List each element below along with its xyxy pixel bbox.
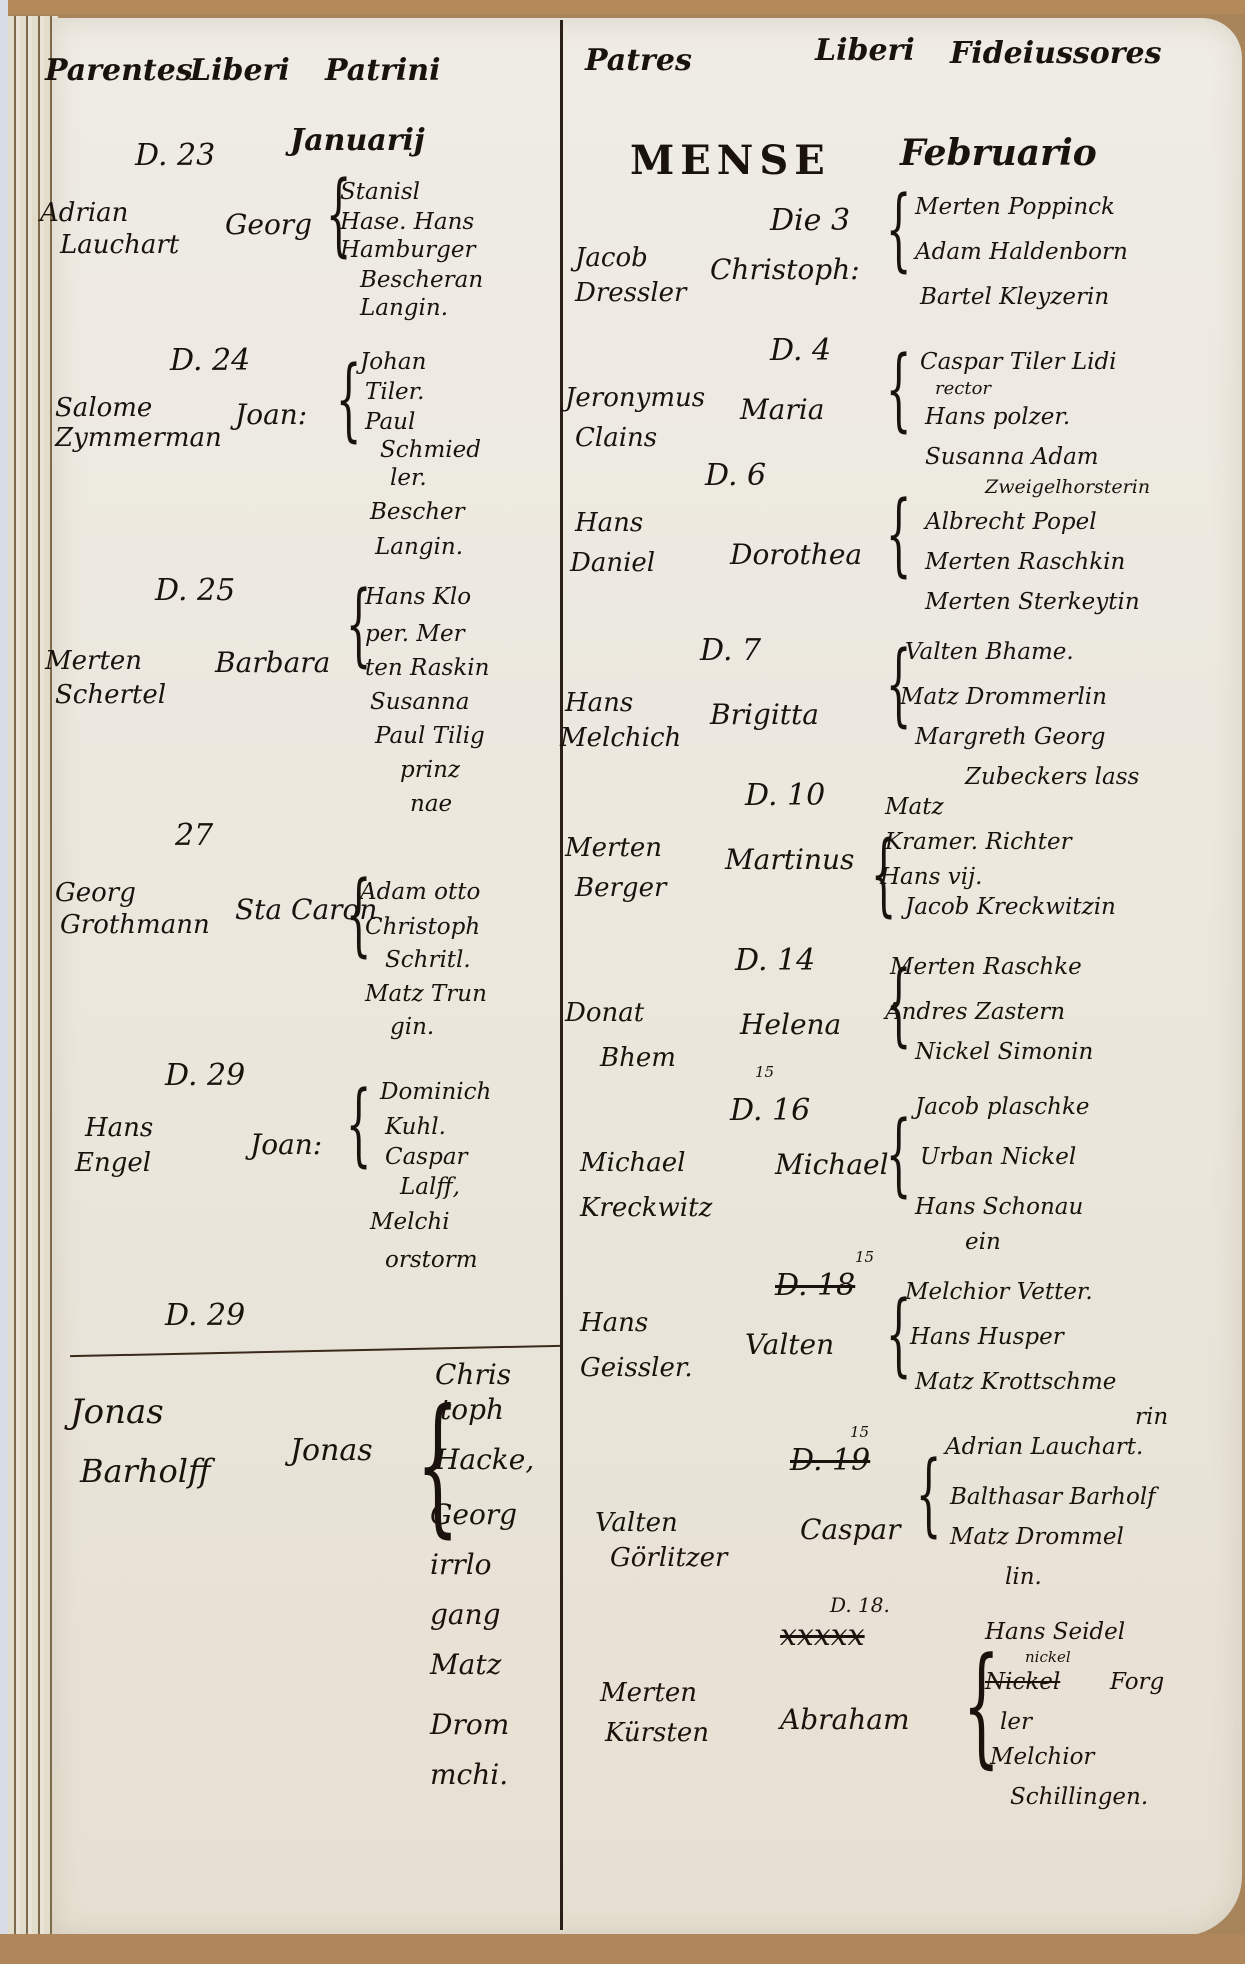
- child-name: Maria: [740, 395, 824, 424]
- parent-surname: Schertel: [55, 682, 166, 709]
- godparent: Tiler.: [365, 380, 424, 404]
- godparent: Hans polzer.: [925, 405, 1070, 429]
- godparent: Susanna: [370, 690, 469, 714]
- godparent: Melchi: [370, 1210, 450, 1234]
- godparent: Bescher: [370, 500, 465, 524]
- entry-date: Die 3: [770, 205, 850, 237]
- month-prefix: MENSE: [630, 140, 831, 182]
- godparent: nae: [410, 792, 452, 816]
- child-name: Dorothea: [730, 540, 862, 569]
- godparent: Paul Tilig: [375, 724, 485, 748]
- godparent: Forg: [1110, 1670, 1164, 1694]
- godparent: Langin.: [360, 296, 448, 320]
- godparent: Hans Seidel: [985, 1620, 1125, 1644]
- godparent: Langin.: [375, 535, 463, 559]
- godparent: Balthasar Barholf: [950, 1485, 1156, 1509]
- parent-name: Valten: [595, 1510, 678, 1537]
- header-parents: Parentes: [45, 55, 193, 87]
- entry-date: D. 14: [735, 945, 815, 977]
- entry-date: D. 16: [730, 1095, 810, 1127]
- godparent: Merten Poppinck: [915, 195, 1115, 219]
- parent-surname: Engel: [75, 1150, 151, 1177]
- entry-date-struck: xxxxx: [780, 1620, 865, 1652]
- child-name: Christoph:: [710, 255, 860, 284]
- godparent: Nickel: [985, 1670, 1060, 1694]
- parent-name: Merten: [45, 648, 142, 675]
- brace-icon: {: [886, 1110, 912, 1200]
- child-name: Martinus: [725, 845, 854, 874]
- child-name: Abraham: [780, 1705, 910, 1734]
- godparent: Matz Krottschme: [915, 1370, 1116, 1394]
- godparent: Matz: [430, 1650, 501, 1679]
- brace-icon: {: [886, 345, 912, 435]
- godparent: Hans Schonau: [915, 1195, 1083, 1219]
- entry-date: D. 6: [705, 460, 766, 492]
- entry-date: D. 7: [700, 635, 761, 667]
- godparent: ler.: [390, 466, 427, 490]
- godparent: per. Mer: [365, 622, 465, 646]
- godparent: Drom: [430, 1710, 509, 1739]
- godparent: gin.: [390, 1015, 434, 1039]
- godparent: Caspar Tiler Lidi: [920, 350, 1117, 374]
- parent-surname: Kürsten: [605, 1720, 709, 1747]
- entry-date: D. 19: [790, 1445, 870, 1477]
- child-name: Jonas: [290, 1435, 373, 1467]
- godparent: Andres Zastern: [885, 1000, 1065, 1024]
- parent-name: Salome: [55, 395, 152, 422]
- date-correction: D. 18.: [830, 1595, 890, 1616]
- godparent: Melchior Vetter.: [905, 1280, 1093, 1304]
- godparent: Jacob Kreckwitzin: [905, 895, 1116, 919]
- entry-date: D. 24: [170, 345, 250, 377]
- parent-surname: Clains: [575, 425, 657, 452]
- child-name: Brigitta: [710, 700, 819, 729]
- child-name: Georg: [225, 210, 312, 239]
- godparent: Hans Klo: [365, 585, 471, 609]
- parent-surname: Zymmerman: [55, 425, 222, 452]
- parent-name: Hans: [85, 1115, 153, 1142]
- godparent: Merten Sterkeytin: [925, 590, 1140, 614]
- date-correction: 15: [855, 1250, 874, 1266]
- godparent: irrlo: [430, 1550, 492, 1579]
- godparent: Caspar: [385, 1145, 468, 1169]
- godparent: Adam otto: [360, 880, 480, 904]
- header-parents: Patres: [585, 45, 692, 77]
- godparent: Adam Haldenborn: [915, 240, 1128, 264]
- parent-name: Donat: [560, 1000, 644, 1027]
- godparent: Margreth Georg: [915, 725, 1106, 749]
- godparent: ten Raskin: [365, 656, 489, 680]
- godparent: Matz Drommerlin: [900, 685, 1107, 709]
- date-correction: 15: [755, 1065, 774, 1081]
- godparent: orstorm: [385, 1248, 478, 1272]
- brace-icon: {: [346, 1080, 372, 1170]
- godparent: rin: [1135, 1405, 1168, 1429]
- godparent: Hase. Hans: [340, 210, 474, 234]
- entry-date: D. 4: [770, 335, 831, 367]
- godparent: rector: [935, 380, 991, 399]
- godparent: Susanna Adam: [925, 445, 1099, 469]
- godparent: Hans Husper: [910, 1325, 1064, 1349]
- brace-icon: {: [916, 1450, 942, 1540]
- brace-icon: {: [886, 490, 912, 580]
- date-correction: 15: [850, 1425, 869, 1441]
- godparent: Matz: [885, 795, 944, 819]
- header-children: Liberi: [190, 55, 290, 87]
- godparent: Georg: [430, 1500, 517, 1529]
- brace-icon: {: [886, 185, 912, 275]
- header-godparents: Fideiussores: [950, 38, 1162, 70]
- parent-surname: Grothmann: [60, 912, 210, 939]
- parent-surname: Kreckwitz: [580, 1195, 712, 1222]
- godparent: Dominich: [380, 1080, 491, 1104]
- godparent: toph: [440, 1395, 504, 1424]
- godparent: lin.: [1005, 1565, 1042, 1589]
- parent-name: Hans: [580, 1310, 648, 1337]
- child-name: Barbara: [215, 648, 330, 677]
- godparent: Valten Bhame.: [905, 640, 1074, 664]
- parent-surname: Lauchart: [60, 232, 179, 259]
- entry-date: D. 25: [155, 575, 235, 607]
- godparent: ein: [965, 1230, 1001, 1254]
- godparent: Chris: [435, 1360, 511, 1389]
- brace-icon: {: [336, 355, 362, 445]
- godparent: Hans vij.: [880, 865, 983, 889]
- child-name: Joan:: [250, 1130, 322, 1159]
- parent-name: Michael: [580, 1150, 685, 1177]
- godparent: Bescheran: [360, 268, 483, 292]
- entry-date: D. 10: [745, 780, 825, 812]
- month-february: Februario: [900, 135, 1097, 173]
- godparent: Stanisl: [340, 180, 420, 204]
- parent-surname: Daniel: [570, 550, 655, 577]
- parent-surname: Bhem: [600, 1045, 676, 1072]
- parent-surname: Melchich: [560, 725, 681, 752]
- entry-date: D. 29: [165, 1060, 245, 1092]
- godparent: Schmied: [380, 438, 481, 462]
- entry-date: 27: [175, 820, 213, 852]
- godparent: Matz Drommel: [950, 1525, 1124, 1549]
- godparent: Kuhl.: [385, 1115, 446, 1139]
- godparent: Albrecht Popel: [925, 510, 1097, 534]
- godparent: Nickel Simonin: [915, 1040, 1093, 1064]
- child-name: Valten: [745, 1330, 834, 1359]
- parent-name: Hans: [575, 510, 643, 537]
- godparent: Kramer. Richter: [885, 830, 1072, 854]
- godparent: Urban Nickel: [920, 1145, 1076, 1169]
- godparent: Schillingen.: [1010, 1785, 1148, 1809]
- background-edge: [0, 0, 8, 1964]
- child-name: Joan:: [235, 400, 307, 429]
- interlinear-note: nickel: [1025, 1650, 1071, 1666]
- child-name: Caspar: [800, 1515, 901, 1544]
- child-name: Helena: [740, 1010, 841, 1039]
- godparent: Lalff,: [400, 1175, 460, 1199]
- godparent: Hacke,: [435, 1445, 534, 1474]
- godparent: mchi.: [430, 1760, 508, 1789]
- parent-name: Adrian: [40, 200, 128, 227]
- godparent: Hamburger: [340, 238, 475, 262]
- parent-name: Jacob: [575, 245, 648, 272]
- godparent: Schritl.: [385, 948, 471, 972]
- parent-surname: Dressler: [560, 280, 686, 307]
- parent-name: Merten: [600, 1680, 697, 1707]
- parent-surname: Görlitzer: [610, 1545, 727, 1572]
- godparent: Matz Trun: [365, 982, 487, 1006]
- parent-name: Hans: [565, 690, 633, 717]
- parent-surname: Barholff: [80, 1455, 211, 1489]
- entry-date: D. 29: [165, 1300, 245, 1332]
- godparent: Paul: [365, 410, 415, 434]
- month-january: Januarij: [290, 125, 425, 157]
- header-children: Liberi: [815, 35, 915, 67]
- parent-name: Jonas: [70, 1395, 164, 1431]
- godparent: Merten Raschkin: [925, 550, 1125, 574]
- parent-surname: Geissler.: [580, 1355, 693, 1382]
- godparent: Jacob plaschke: [915, 1095, 1090, 1119]
- parent-surname: Berger: [575, 875, 666, 902]
- godparent: Zweigelhorsterin: [985, 478, 1150, 498]
- entry-date: D. 18: [775, 1270, 855, 1302]
- child-name: Michael: [775, 1150, 889, 1179]
- godparent: Merten Raschke: [890, 955, 1082, 979]
- page-edges-stack: [8, 16, 58, 1934]
- book-frame-top: [0, 0, 1245, 14]
- godparent: Melchior: [990, 1745, 1094, 1769]
- book-frame-bottom: [0, 1934, 1245, 1964]
- parent-name: Merten: [565, 835, 662, 862]
- godparent: ler: [1000, 1710, 1032, 1734]
- godparent: Johan: [360, 350, 426, 374]
- godparent: Adrian Lauchart.: [945, 1435, 1143, 1459]
- parent-name: Georg: [55, 880, 136, 907]
- entry-date: D. 23: [135, 140, 215, 172]
- godparent: Zubeckers lass: [965, 765, 1139, 789]
- godparent: prinz: [400, 758, 460, 782]
- header-godparents: Patrini: [325, 55, 440, 87]
- godparent: Bartel Kleyzerin: [920, 285, 1109, 309]
- godparent: gang: [430, 1600, 501, 1629]
- godparent: Christoph: [365, 915, 480, 939]
- parent-name: Jeronymus: [545, 385, 705, 412]
